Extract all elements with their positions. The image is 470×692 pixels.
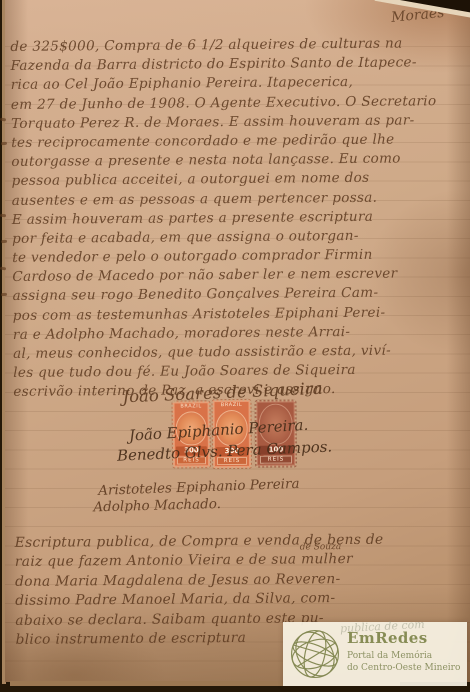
witness-signature: Aristoteles Epiphanio Pereira [98, 476, 300, 499]
emredes-globe-logo-icon [288, 627, 342, 681]
watermark-subtitle: do Centro-Oeste Mineiro [347, 663, 460, 674]
stamp-country-label: BRAZIL [172, 403, 209, 410]
adjacent-page-ink-fragment [1, 240, 7, 243]
document-scan: 4 Moraes de 325$000, Compra de 6 1/2 alq… [0, 0, 470, 692]
adjacent-page-ink-fragment [0, 118, 6, 122]
interline-insertion: de Souza [300, 542, 342, 552]
adjacent-page-ink-fragment [0, 267, 6, 271]
adjacent-page-ink-fragment [0, 214, 6, 218]
deed-closing-paragraph: de 325$000, Compra de 6 1/2 alqueires de… [10, 34, 439, 402]
watermark-subtitle: Portal da Memória [347, 651, 432, 662]
stamp-country-label: BRAZIL [212, 402, 250, 409]
handwriting-layer: 4 Moraes de 325$000, Compra de 6 1/2 alq… [0, 0, 470, 692]
witness-signature: Adolpho Machado. [93, 496, 221, 515]
adjacent-page-ink-fragment [1, 293, 7, 297]
